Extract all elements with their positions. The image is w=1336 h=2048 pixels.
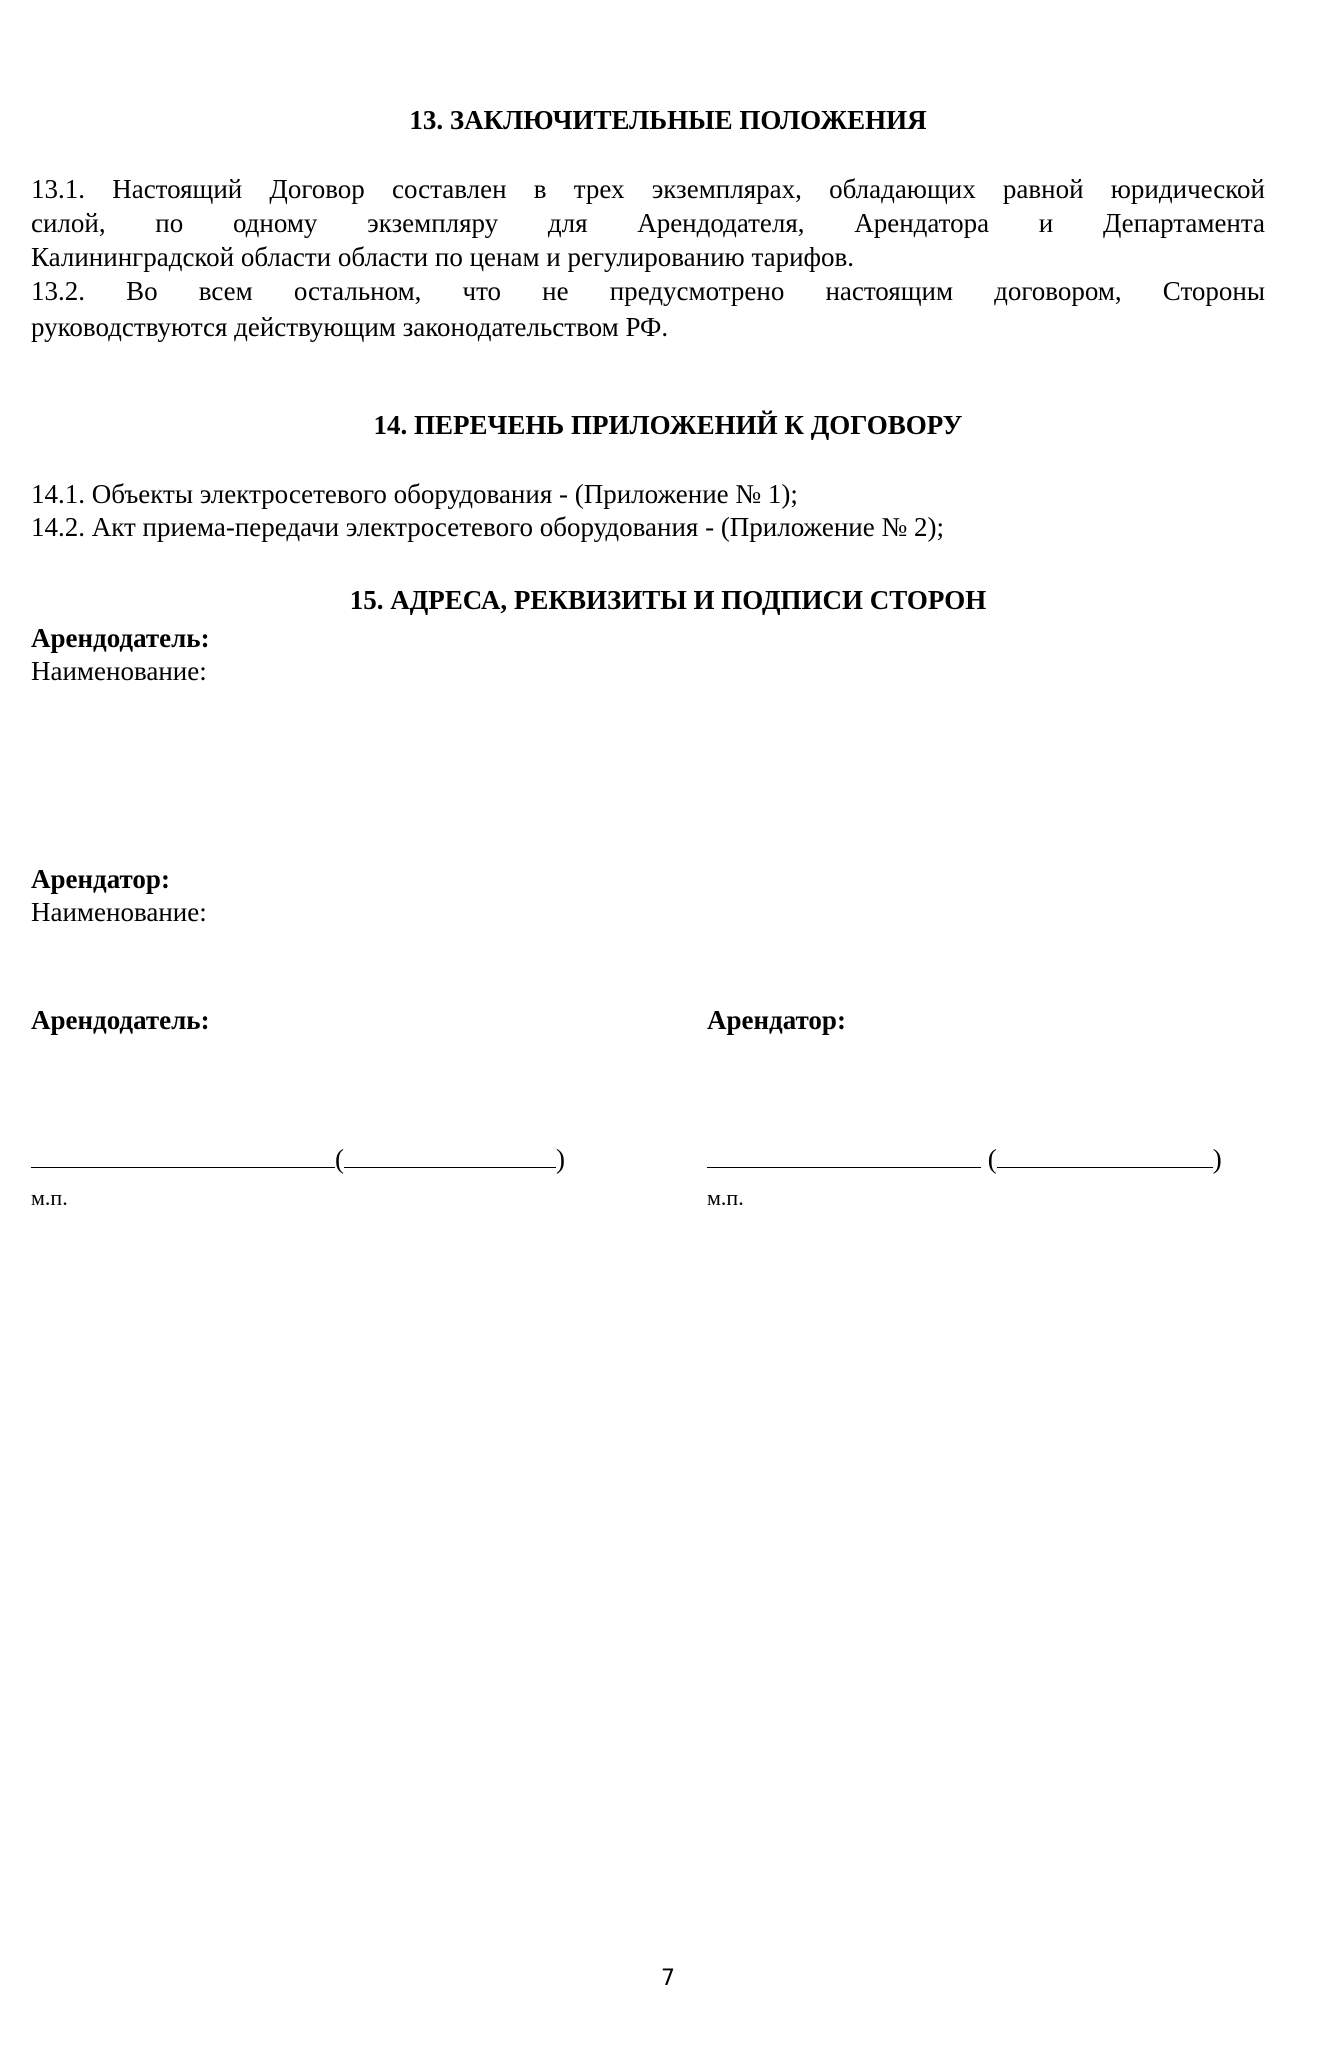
- lessee-signature-line: (): [707, 1141, 1222, 1175]
- clause-13-2-line: руководствуются действующим законодатель…: [31, 310, 1265, 344]
- clause-13-2-line: 13.2. Во всем остальном, что не предусмо…: [31, 274, 1265, 308]
- lessee-signature-field: [707, 1141, 981, 1168]
- document-page: 13. ЗАКЛЮЧИТЕЛЬНЫЕ ПОЛОЖЕНИЯ 13.1. Насто…: [0, 0, 1336, 2048]
- open-paren: (: [335, 1144, 344, 1174]
- signature-lessor-label: Арендодатель:: [31, 1004, 210, 1036]
- page-number: 7: [0, 1966, 1336, 1991]
- lessor-signature-line: (): [31, 1141, 565, 1175]
- lessee-label: Арендатор:: [31, 863, 170, 895]
- appendix-item-2: 14.2. Акт приема-передачи электросетевог…: [31, 511, 944, 543]
- lessor-stamp-label: м.п.: [31, 1185, 68, 1211]
- section-15-title: 15. АДРЕСА, РЕКВИЗИТЫ И ПОДПИСИ СТОРОН: [0, 584, 1336, 616]
- clause-13-1-line: Калининградской области области по ценам…: [31, 240, 1265, 274]
- lessee-name-field: [997, 1141, 1213, 1168]
- close-paren: ): [556, 1144, 565, 1174]
- lessor-signature-field: [31, 1141, 335, 1168]
- lessee-stamp-label: м.п.: [707, 1185, 744, 1211]
- lessor-label: Арендодатель:: [31, 622, 210, 654]
- section-14-title: 14. ПЕРЕЧЕНЬ ПРИЛОЖЕНИЙ К ДОГОВОРУ: [0, 409, 1336, 441]
- clause-13-1-line: 13.1. Настоящий Договор составлен в трех…: [31, 172, 1265, 206]
- appendix-item-1: 14.1. Объекты электросетевого оборудован…: [31, 478, 798, 510]
- clause-13-1: 13.1. Настоящий Договор составлен в трех…: [31, 172, 1265, 274]
- section-13-title: 13. ЗАКЛЮЧИТЕЛЬНЫЕ ПОЛОЖЕНИЯ: [0, 104, 1336, 136]
- lessor-name-field: [344, 1141, 556, 1168]
- signature-lessee-label: Арендатор:: [707, 1004, 846, 1036]
- lessee-name-label: Наименование:: [31, 896, 207, 928]
- close-paren: ): [1213, 1144, 1222, 1174]
- clause-13-2: 13.2. Во всем остальном, что не предусмо…: [31, 274, 1265, 344]
- clause-13-1-line: силой, по одному экземпляру для Арендода…: [31, 206, 1265, 240]
- lessor-name-label: Наименование:: [31, 655, 207, 687]
- open-paren: (: [988, 1144, 997, 1174]
